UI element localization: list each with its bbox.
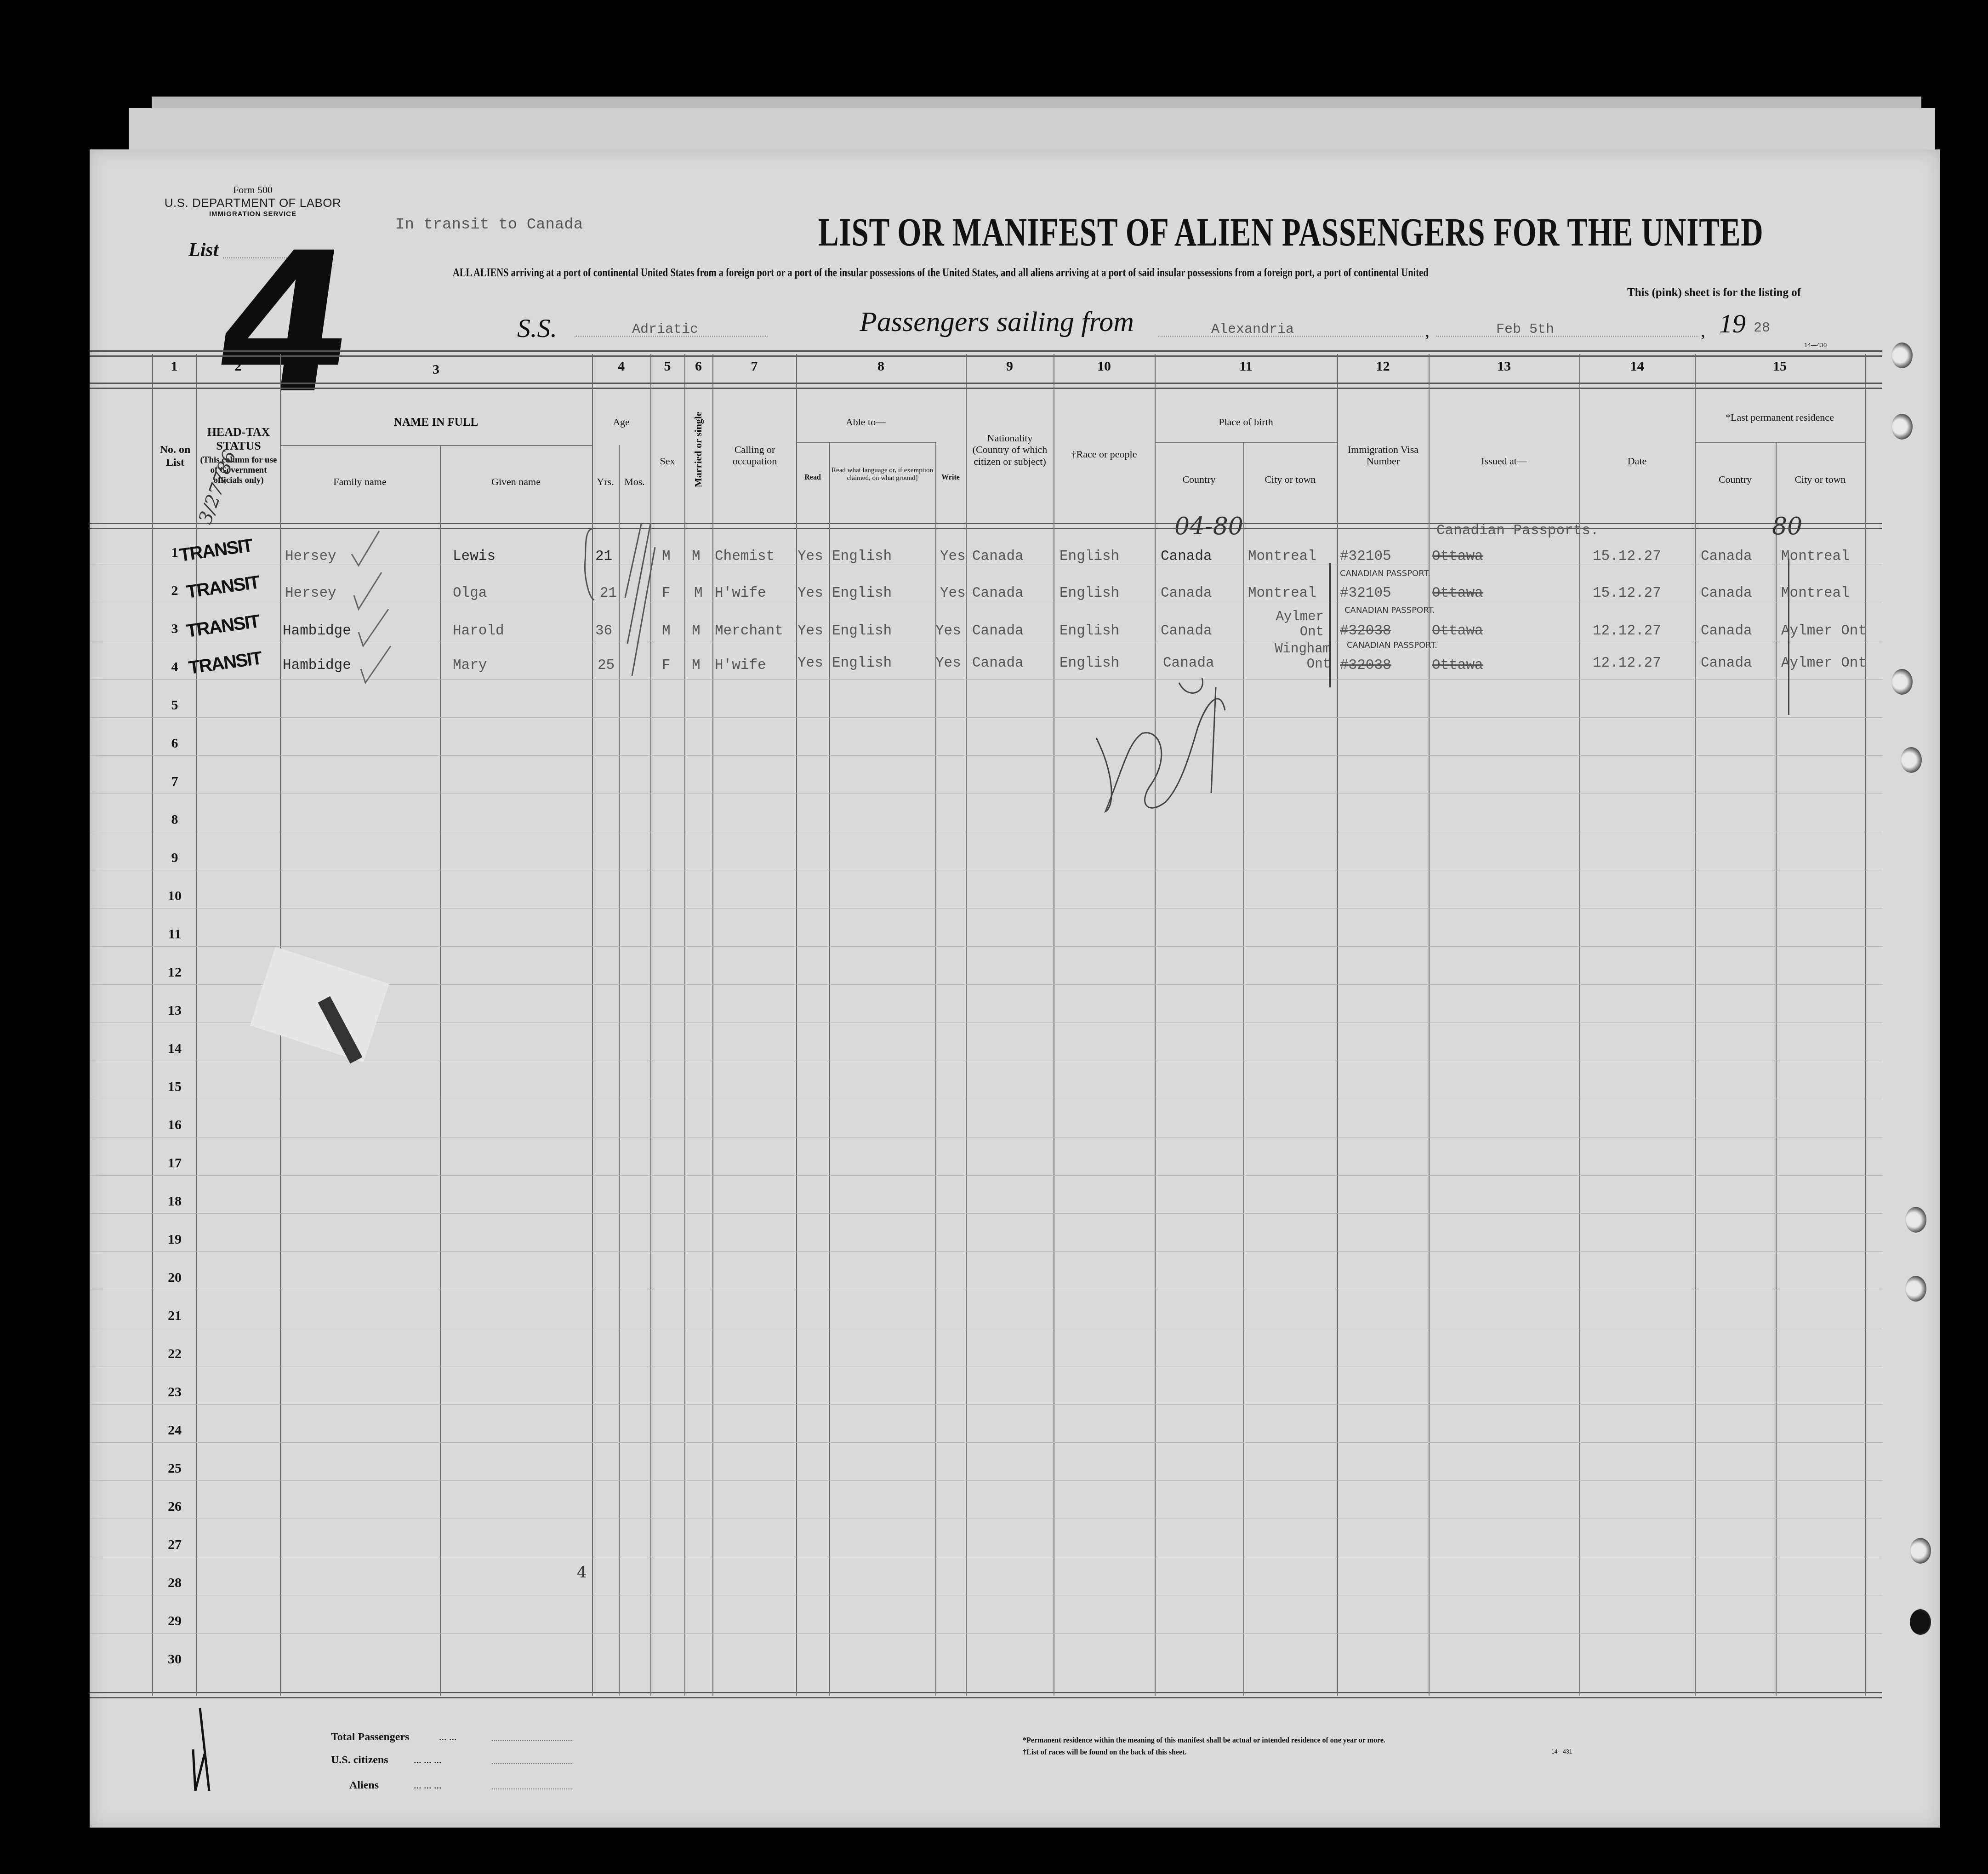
subtitle-line2: This (pink) sheet is for the listing of bbox=[1627, 286, 1801, 299]
birth-country: Canada bbox=[1161, 585, 1212, 601]
comma: , bbox=[1701, 320, 1705, 341]
header-name-in-full: NAME IN FULL bbox=[280, 416, 592, 429]
can-read: Yes bbox=[797, 623, 823, 639]
visa-number: #32038 bbox=[1340, 623, 1391, 639]
col-number: 4 bbox=[592, 359, 650, 374]
binder-hole bbox=[1910, 1609, 1931, 1635]
col-line bbox=[1865, 354, 1866, 1696]
pencil-4: 4 bbox=[577, 1563, 587, 1582]
nationality: Canada bbox=[972, 655, 1024, 671]
race: English bbox=[1060, 623, 1119, 639]
residence-country: Canada bbox=[1701, 623, 1752, 639]
col-line bbox=[1695, 354, 1696, 1696]
head-tax-stamp: TRANSIT bbox=[178, 535, 254, 566]
row-number: 12 bbox=[154, 965, 195, 980]
birth-city: Aylmer Ont bbox=[1250, 609, 1324, 640]
family-name: Hambidge bbox=[283, 657, 351, 674]
visa-note: CANADIAN PASSPORT. bbox=[1340, 569, 1430, 578]
col-line bbox=[1337, 354, 1338, 1696]
col-number: 13 bbox=[1429, 359, 1579, 374]
row-number: 23 bbox=[154, 1384, 195, 1400]
col-number: 14 bbox=[1579, 359, 1695, 374]
header-rule-top bbox=[90, 350, 1882, 357]
can-read: Yes bbox=[797, 655, 823, 671]
col-line bbox=[1243, 442, 1244, 1696]
birth-divider bbox=[1155, 442, 1337, 443]
birth-city: Montreal bbox=[1248, 585, 1316, 601]
married: M bbox=[692, 548, 701, 565]
binder-hole bbox=[1891, 343, 1913, 368]
binder-hole bbox=[1891, 669, 1913, 695]
read-language: English bbox=[832, 548, 892, 565]
row-number: 10 bbox=[154, 888, 195, 904]
residence-country: Canada bbox=[1701, 548, 1752, 565]
list-label: List bbox=[188, 239, 218, 261]
given-name: Harold bbox=[453, 623, 504, 639]
header-yrs: Yrs. bbox=[592, 476, 619, 487]
header-married: Married or single bbox=[692, 408, 704, 491]
col-line bbox=[966, 354, 967, 1696]
birth-country: Canada bbox=[1161, 548, 1212, 565]
header-family-name: Family name bbox=[280, 476, 440, 487]
can-write: Yes bbox=[940, 548, 966, 565]
visa-number: #32105 bbox=[1340, 548, 1391, 565]
col-line bbox=[1155, 354, 1156, 1696]
check-mark-icon bbox=[347, 522, 402, 715]
occupation: Chemist bbox=[715, 548, 775, 565]
table-rule-bottom bbox=[90, 1692, 1882, 1698]
binder-hole bbox=[1905, 1276, 1926, 1302]
occupation: H'wife bbox=[715, 585, 766, 601]
us-citizens-field bbox=[492, 1763, 572, 1764]
aliens-leader: ... ... ... bbox=[414, 1779, 442, 1791]
row-number: 19 bbox=[154, 1232, 195, 1247]
visa-date: 15.12.27 bbox=[1593, 585, 1661, 601]
header-res-city: City or town bbox=[1776, 474, 1865, 485]
row-number: 24 bbox=[154, 1423, 195, 1438]
header-res-country: Country bbox=[1695, 474, 1776, 485]
given-name: Mary bbox=[453, 657, 487, 674]
row-number: 7 bbox=[154, 774, 195, 789]
can-read: Yes bbox=[797, 585, 823, 601]
row-number: 17 bbox=[154, 1155, 195, 1171]
occupation: H'wife bbox=[715, 657, 766, 674]
row-number: 11 bbox=[154, 926, 195, 942]
col-number: 8 bbox=[796, 359, 966, 374]
footnote-races: †List of races will be found on the back… bbox=[1023, 1748, 1186, 1757]
can-write: Yes bbox=[935, 623, 961, 639]
row-number: 5 bbox=[154, 697, 195, 713]
visa-group-note: Canadian Passports. bbox=[1436, 523, 1599, 539]
total-passengers-leader: ... ... bbox=[439, 1731, 457, 1743]
name-divider bbox=[280, 445, 592, 446]
form-number: Form 500 bbox=[161, 184, 345, 196]
comma: , bbox=[1425, 320, 1430, 341]
header-head-tax: HEAD-TAX STATUS bbox=[198, 425, 279, 453]
race: English bbox=[1060, 585, 1119, 601]
header-write: Write bbox=[935, 474, 966, 482]
col-line bbox=[684, 354, 685, 1696]
age-slash-marks-icon bbox=[577, 524, 669, 680]
col-number: 11 bbox=[1155, 359, 1337, 374]
nationality: Canada bbox=[972, 585, 1024, 601]
visa-date: 15.12.27 bbox=[1593, 548, 1661, 565]
row-number: 27 bbox=[154, 1537, 195, 1553]
header-race: †Race or people bbox=[1054, 448, 1155, 460]
manifest-page: Form 500 U.S. DEPARTMENT OF LABOR IMMIGR… bbox=[90, 149, 1940, 1828]
visa-note: CANADIAN PASSPORT. bbox=[1344, 606, 1435, 615]
page-title: LIST OR MANIFEST OF ALIEN PASSENGERS FOR… bbox=[818, 209, 1763, 255]
header-sex: Sex bbox=[650, 455, 684, 467]
residence-country: Canada bbox=[1701, 585, 1752, 601]
header-date: Date bbox=[1579, 455, 1695, 467]
handwritten-code: 04-80 bbox=[1174, 513, 1243, 540]
residence-divider bbox=[1695, 442, 1865, 443]
residence-city: Aylmer Ont bbox=[1781, 655, 1867, 671]
header-last-residence: *Last permanent residence bbox=[1695, 411, 1865, 423]
col-line bbox=[1579, 354, 1580, 1696]
race: English bbox=[1060, 548, 1119, 565]
issued-at: Ottawa bbox=[1432, 623, 1483, 639]
header-place-of-birth: Place of birth bbox=[1155, 416, 1337, 428]
col-line bbox=[1054, 354, 1054, 1696]
col-line bbox=[796, 354, 797, 1696]
year-prefix: 19 bbox=[1719, 308, 1746, 339]
row-number: 6 bbox=[154, 736, 195, 751]
residence-city: Montreal bbox=[1781, 548, 1850, 565]
visa-number: #32038 bbox=[1340, 657, 1391, 674]
header-read: Read bbox=[796, 474, 829, 482]
subtitle-line1: ALL ALIENS arriving at a port of contine… bbox=[453, 267, 1610, 280]
header-read-language: Read what language or, if exemption clai… bbox=[831, 467, 934, 483]
given-name: Olga bbox=[453, 585, 487, 601]
birth-city: Montreal bbox=[1248, 548, 1316, 565]
row-number: 25 bbox=[154, 1461, 195, 1476]
married: M bbox=[692, 623, 701, 639]
col-number: 3 bbox=[280, 362, 592, 377]
col-number: 10 bbox=[1054, 359, 1155, 374]
visa-date: 12.12.27 bbox=[1593, 655, 1661, 671]
row-number: 8 bbox=[154, 812, 195, 828]
aliens-label: Aliens bbox=[349, 1779, 379, 1792]
birth-country: Canada bbox=[1161, 623, 1212, 639]
visa-date: 12.12.27 bbox=[1593, 623, 1661, 639]
read-language: English bbox=[832, 655, 892, 671]
col-line bbox=[152, 354, 153, 1696]
binder-hole bbox=[1910, 1538, 1931, 1564]
row-number: 14 bbox=[154, 1041, 195, 1057]
col-number: 7 bbox=[712, 359, 796, 374]
header-no-on-list: No. on List bbox=[154, 444, 196, 469]
total-passengers-field bbox=[492, 1740, 572, 1741]
ss-label: S.S. bbox=[517, 313, 557, 343]
can-write: Yes bbox=[935, 655, 961, 671]
col-line bbox=[1776, 442, 1777, 1696]
col-line bbox=[440, 445, 441, 1696]
family-name: Hambidge bbox=[283, 623, 351, 639]
col-number: 1 bbox=[152, 359, 196, 374]
header-visa-number: Immigration Visa Number bbox=[1340, 444, 1426, 467]
col-number: 15 bbox=[1695, 359, 1865, 374]
sailing-date: Feb 5th bbox=[1496, 322, 1554, 337]
race: English bbox=[1060, 655, 1119, 671]
read-language: English bbox=[832, 623, 892, 639]
visa-number: #32105 bbox=[1340, 585, 1391, 601]
col-number: 9 bbox=[966, 359, 1054, 374]
residence-city: Montreal bbox=[1781, 585, 1850, 601]
row-number: 26 bbox=[154, 1499, 195, 1514]
date-dotted-line bbox=[1436, 336, 1698, 337]
residence-city: Aylmer Ont bbox=[1781, 623, 1867, 639]
header-rule-mid bbox=[90, 383, 1882, 389]
head-tax-stamp: TRANSIT bbox=[188, 648, 263, 679]
handwritten-bracket bbox=[1329, 563, 1331, 687]
print-code-top: 14—430 bbox=[1804, 342, 1827, 349]
nationality: Canada bbox=[972, 623, 1024, 639]
sailing-label: Passengers sailing from bbox=[860, 306, 1134, 338]
header-able-to: Able to— bbox=[796, 416, 935, 428]
row-number: 18 bbox=[154, 1194, 195, 1209]
us-citizens-label: U.S. citizens bbox=[331, 1754, 388, 1766]
list-number: 4 bbox=[205, 228, 366, 421]
residence-country: Canada bbox=[1701, 655, 1752, 671]
year-suffix: 28 bbox=[1754, 320, 1770, 336]
row-number: 15 bbox=[154, 1079, 195, 1095]
issued-at: Ottawa bbox=[1432, 657, 1483, 674]
header-given-name: Given name bbox=[440, 476, 592, 487]
ship-name: Adriatic bbox=[632, 322, 698, 337]
binder-hole bbox=[1905, 1207, 1926, 1233]
footnote-permanent-residence: *Permanent residence within the meaning … bbox=[1023, 1737, 1385, 1745]
handwritten-80: 80 bbox=[1772, 513, 1802, 540]
us-citizens-leader: ... ... ... bbox=[414, 1754, 442, 1766]
row-number: 16 bbox=[154, 1117, 195, 1133]
birth-city: Wingham Ont bbox=[1250, 641, 1331, 672]
occupation: Merchant bbox=[715, 623, 783, 639]
can-write: Yes bbox=[940, 585, 966, 601]
header-birth-country: Country bbox=[1155, 474, 1243, 485]
header-age: Age bbox=[592, 416, 650, 428]
can-read: Yes bbox=[797, 548, 823, 565]
binder-hole bbox=[1891, 414, 1913, 440]
col-number: 2 bbox=[196, 359, 280, 374]
family-name: Hersey bbox=[285, 585, 336, 601]
row-number: 29 bbox=[154, 1613, 195, 1629]
married: M bbox=[692, 657, 701, 674]
birth-country: Canada bbox=[1163, 655, 1214, 671]
issued-at: Ottawa bbox=[1432, 548, 1483, 565]
col-number: 5 bbox=[650, 359, 684, 374]
binder-hole bbox=[1901, 747, 1922, 773]
aliens-field bbox=[492, 1788, 572, 1789]
married: M bbox=[694, 585, 703, 601]
col-number: 6 bbox=[684, 359, 712, 374]
header-calling: Calling or occupation bbox=[716, 444, 794, 467]
row-number: 30 bbox=[154, 1651, 195, 1667]
row-number: 9 bbox=[154, 850, 195, 866]
header-mos: Mos. bbox=[619, 476, 650, 487]
header-birth-city: City or town bbox=[1243, 474, 1337, 485]
margin-check-icon bbox=[182, 1703, 228, 1795]
row-number: 13 bbox=[154, 1003, 195, 1018]
handwritten-bracket bbox=[1788, 559, 1789, 715]
port-name: Alexandria bbox=[1211, 322, 1294, 337]
able-divider bbox=[796, 442, 935, 443]
family-name: Hersey bbox=[285, 548, 336, 565]
col-line bbox=[712, 354, 713, 1696]
header-nationality: Nationality (Country of which citizen or… bbox=[968, 432, 1051, 467]
signature-scrawl-icon bbox=[1087, 674, 1239, 821]
row-number: 21 bbox=[154, 1308, 195, 1324]
read-language: English bbox=[832, 585, 892, 601]
given-name: Lewis bbox=[453, 548, 496, 565]
nationality: Canada bbox=[972, 548, 1024, 565]
row-number: 22 bbox=[154, 1346, 195, 1362]
transit-note: In transit to Canada bbox=[395, 216, 583, 234]
row-number: 20 bbox=[154, 1270, 195, 1286]
issued-at: Ottawa bbox=[1432, 585, 1483, 601]
col-line bbox=[829, 442, 830, 1696]
col-number: 12 bbox=[1337, 359, 1429, 374]
print-code-bottom: 14—431 bbox=[1551, 1748, 1572, 1755]
visa-note: CANADIAN PASSPORT. bbox=[1347, 640, 1437, 650]
total-passengers-label: Total Passengers bbox=[331, 1731, 409, 1743]
header-issued-at: Issued at— bbox=[1429, 455, 1579, 467]
row-number: 28 bbox=[154, 1575, 195, 1591]
col-line bbox=[1429, 354, 1430, 1696]
department: U.S. DEPARTMENT OF LABOR bbox=[161, 196, 345, 210]
